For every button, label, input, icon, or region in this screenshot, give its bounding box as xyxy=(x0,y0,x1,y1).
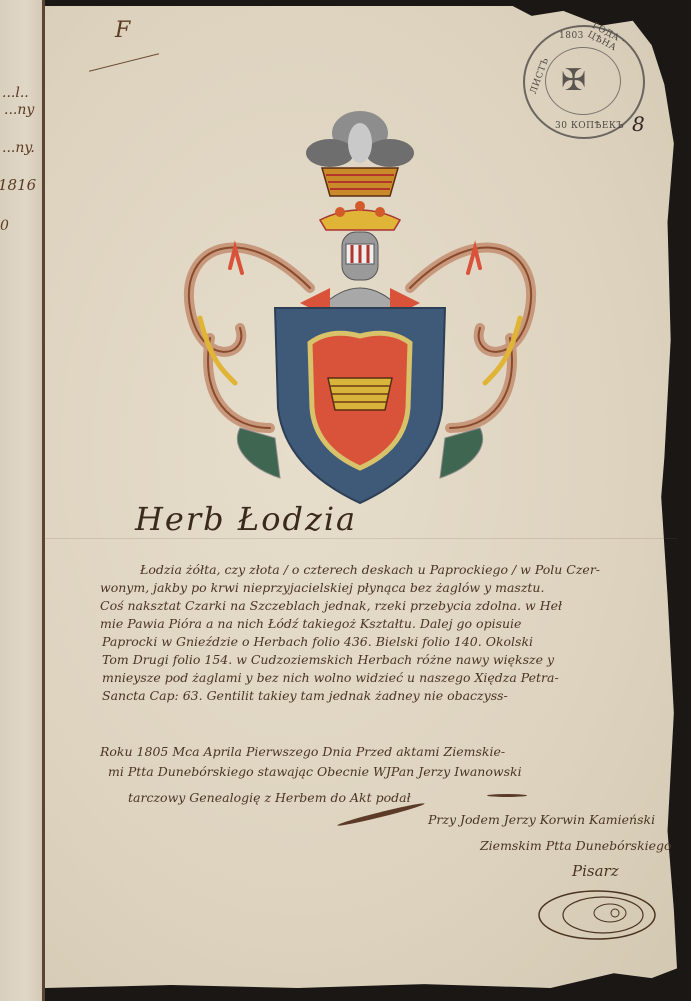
record-line: Roku 1805 Mca Aprila Pierwszego Dnia Prz… xyxy=(100,744,505,759)
pen-stroke xyxy=(487,794,527,797)
stamp-annotation: 8 xyxy=(632,112,645,136)
body-line: wonym, jakby po krwi nieprzyjacielskiej … xyxy=(100,580,544,595)
boat-charge-icon xyxy=(328,378,392,410)
signature-flourish-icon xyxy=(535,885,665,945)
record-line: mi Ptta Dunebórskiego stawając Obecnie W… xyxy=(108,764,522,779)
record-line: tarczowy Genealogię z Herbem do Akt poda… xyxy=(128,790,411,805)
tax-stamp: 1803 ГОДА · ЦѢНА ЛИСТЪ 30 КОПѢЕКЪ ✠ xyxy=(523,25,645,139)
body-line: Coś naksztat Czarki na Szczeblach jednak… xyxy=(100,598,562,613)
body-line: mie Pawia Pióra a na nich Łódź takiegoż … xyxy=(100,616,521,631)
signature-line-1: Przy Jodem Jerzy Korwin Kamieński xyxy=(428,812,655,827)
mantling-leaf-right-icon xyxy=(440,428,483,478)
body-line: mnieysze pod żaglami y bez nich wolno wi… xyxy=(102,670,559,685)
margin-note-year: 1816 xyxy=(0,176,36,194)
stamp-year: 1803 xyxy=(559,31,584,41)
folio-mark: F xyxy=(115,18,130,43)
body-line: Sancta Cap: 63. Gentilit takiey tam jedn… xyxy=(102,688,508,703)
coat-of-arms-lodzia xyxy=(180,108,540,508)
mantling-leaf-left-icon xyxy=(237,428,280,478)
margin-note-2: ...ny xyxy=(4,102,34,118)
crest-boat-icon xyxy=(322,168,398,196)
fold-line xyxy=(45,538,677,539)
heading-herb-lodzia: Herb Łodzia xyxy=(135,500,357,538)
helmet-icon xyxy=(300,232,420,318)
body-line: Łodzia żółta, czy złota / o czterech des… xyxy=(140,562,600,577)
signature-line-2: Ziemskim Ptta Dunebórskiego xyxy=(480,838,672,853)
body-line: Tom Drugi folio 154. w Cudzoziemskich He… xyxy=(102,652,554,667)
left-page-leaf: ...l.. ...ny ...ny. 1816 0 xyxy=(0,0,44,1001)
signature-line-3: Pisarz xyxy=(572,862,619,880)
double-headed-eagle-icon: ✠ xyxy=(561,63,586,98)
margin-note-5: 0 xyxy=(0,218,9,234)
margin-note-3: ...ny. xyxy=(2,140,35,156)
ostrich-plumes-icon xyxy=(306,111,414,167)
margin-note-1: ...l.. xyxy=(2,85,29,101)
binding-gutter xyxy=(42,0,45,1001)
body-line: Paprocki w Gnieździe o Herbach folio 436… xyxy=(102,634,533,649)
crown-icon xyxy=(320,201,400,230)
stamp-bottom-text: 30 КОПѢЕКЪ xyxy=(555,121,624,131)
